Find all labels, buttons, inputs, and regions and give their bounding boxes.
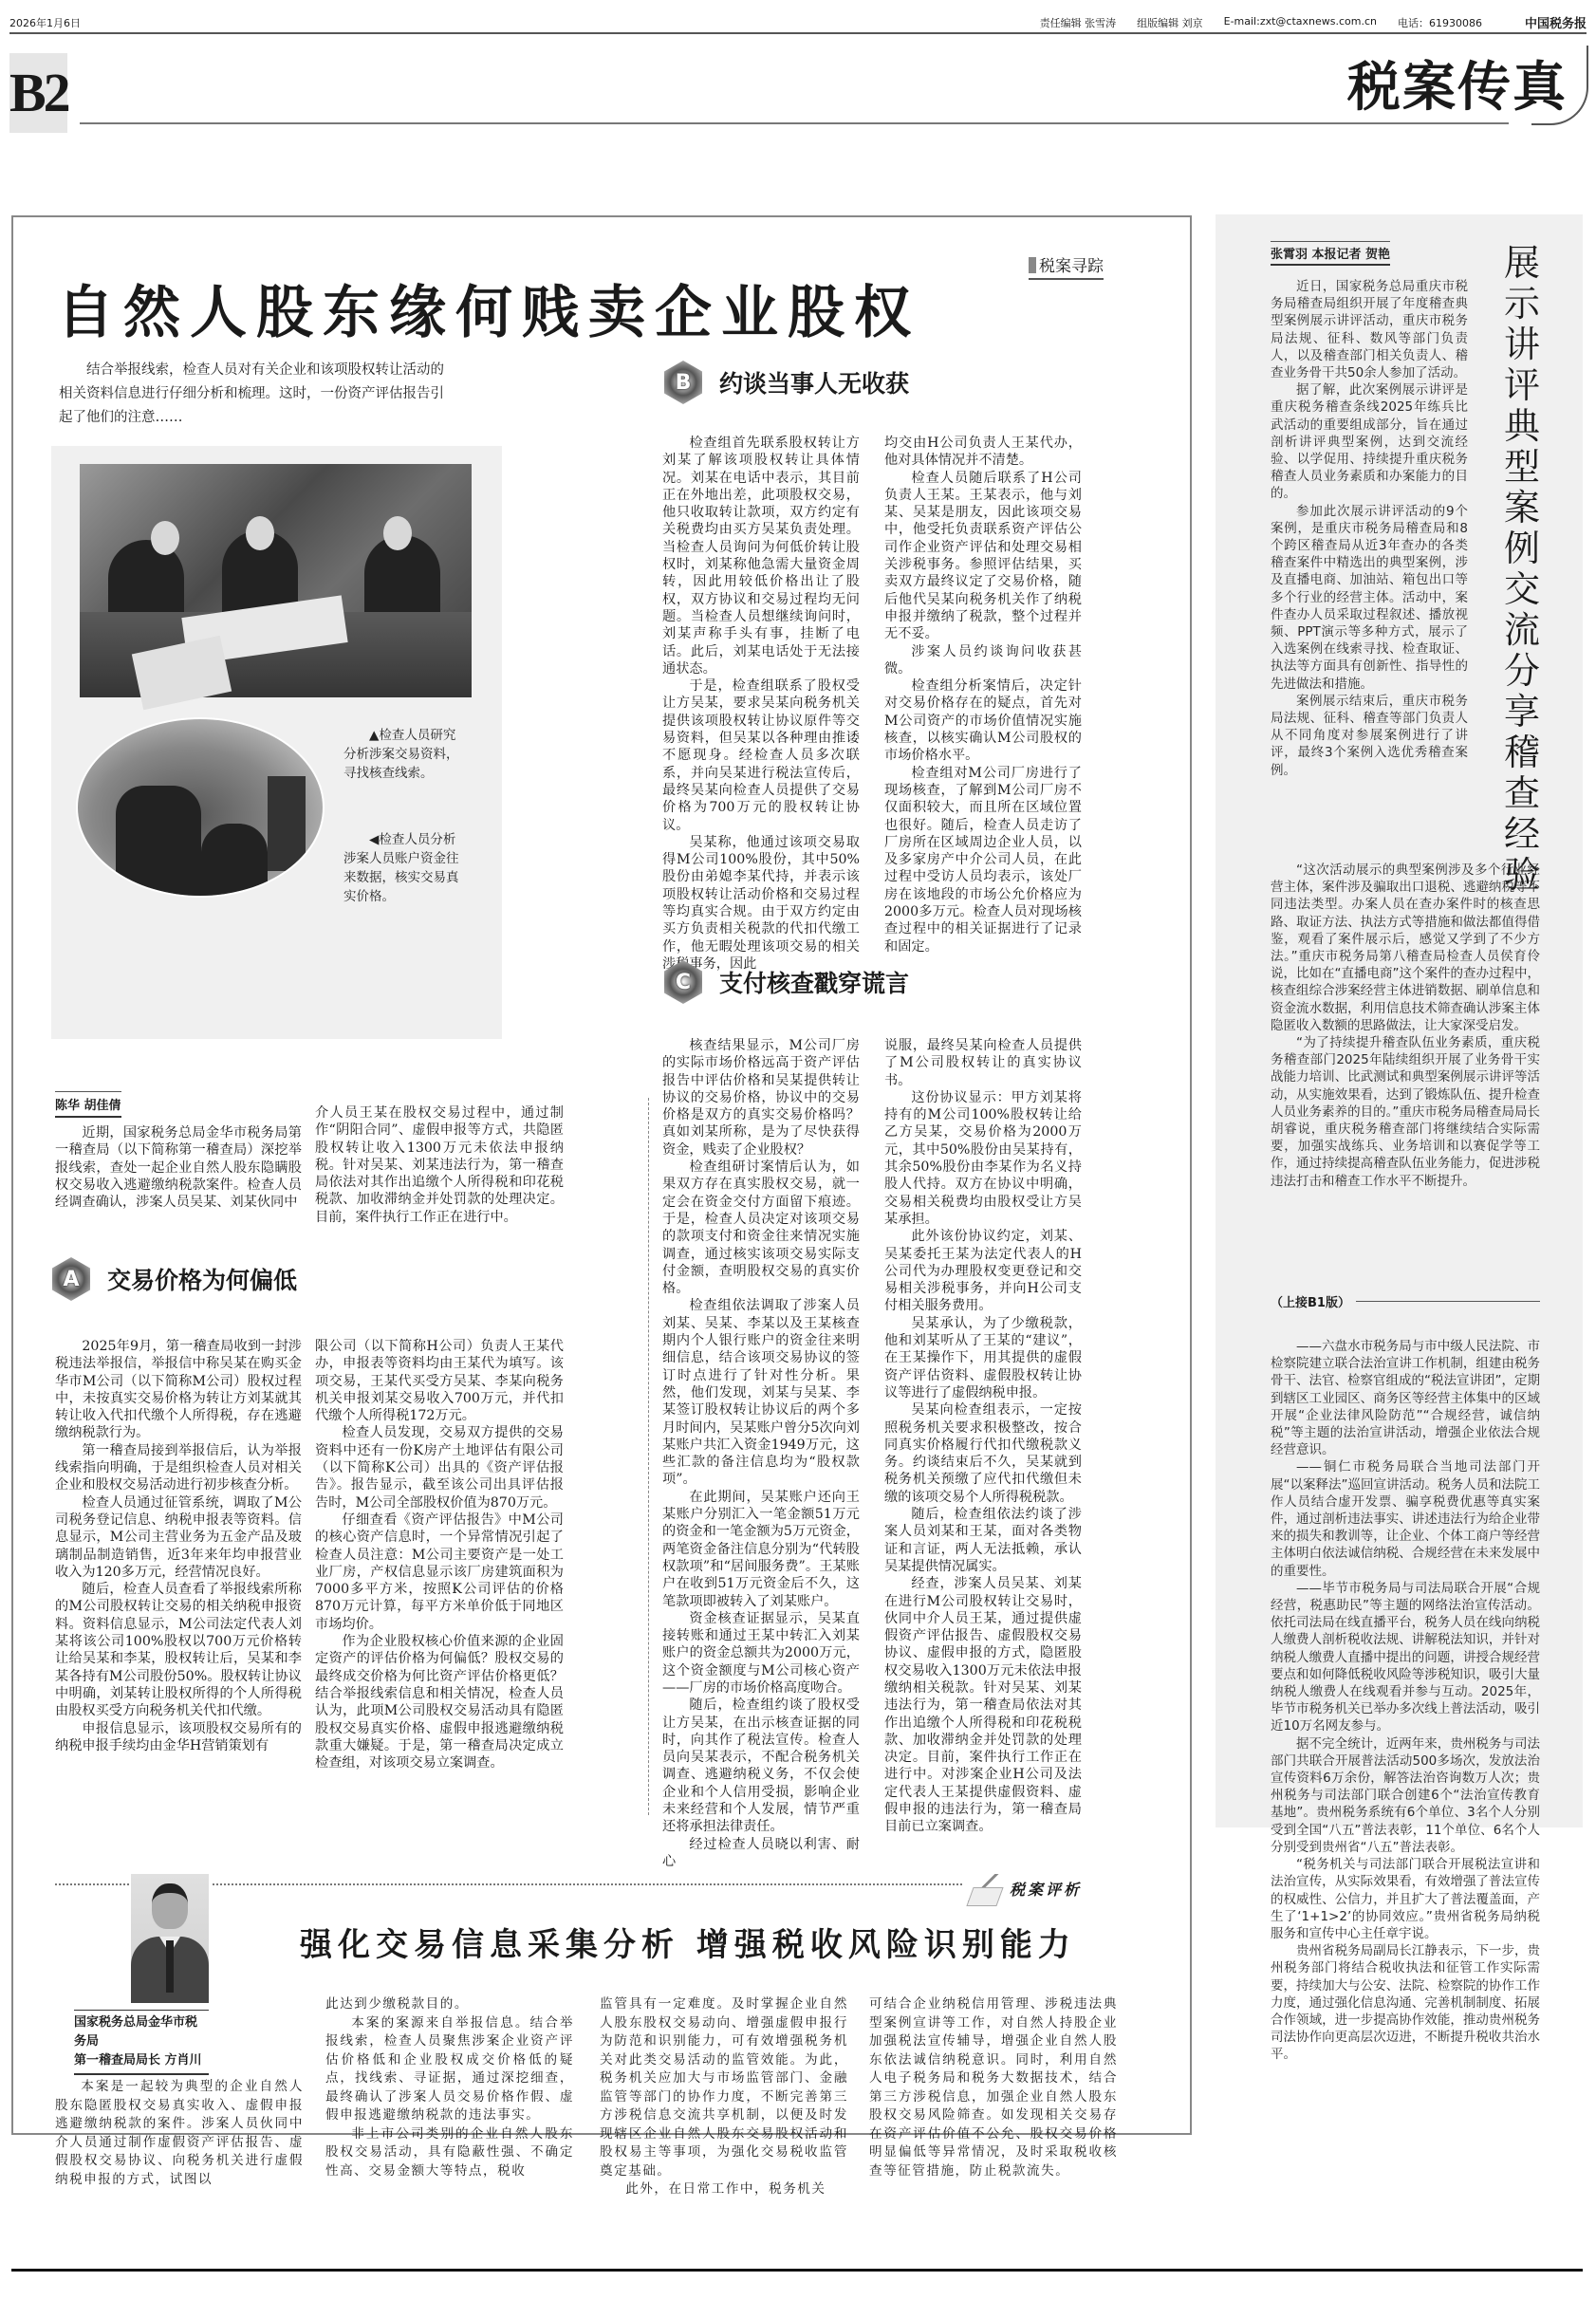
author-portrait	[131, 1874, 209, 2003]
header-divider	[80, 122, 1509, 124]
person-face	[383, 516, 412, 550]
responsible-editor: 责任编辑 张雪涛	[1040, 15, 1117, 30]
phone-number: 电话：61930086	[1398, 15, 1482, 30]
section-b-column-2: 均交由H公司负责人王某代办，他对具体情况并不清楚。 检查人员随后联系了H公司负责…	[884, 435, 1082, 955]
commentary-tag-label: 税案评析	[1010, 1878, 1082, 1900]
continued-label: （上接B1版）	[1271, 1292, 1350, 1310]
section-c-column-1: 核查结果显示，M公司厂房的实际市场价格远高于资产评估报告中评估价格和吴某提供转让…	[662, 1037, 860, 1870]
photo-inspectors-at-computer	[76, 717, 325, 898]
article-lede: 结合举报线索，检查人员对有关企业和该项股权转让活动的相关资料信息进行仔细分析和梳…	[59, 359, 450, 430]
sidebar-continued-article: ——六盘水市税务局与市中级人民法院、市检察院建立联合法治宣讲工作机制，组建由税务…	[1271, 1338, 1540, 2064]
column-kicker: 税案寻踪	[1029, 252, 1104, 280]
person-figure	[201, 824, 268, 898]
sidebar-byline: 张霄羽 本报记者 贺艳	[1271, 241, 1390, 266]
photo-caption-1: ▲检查人员研究分析涉案交易资料，寻找核查线索。	[343, 726, 467, 783]
dotted-divider	[55, 1883, 129, 1885]
editor-info: 责任编辑 张雪涛 组版编辑 刘京 E-mail:zxt@ctaxnews.com…	[1040, 15, 1482, 30]
section-c-column-2: 说服，最终吴某向检查人员提供了M公司股权转让的真实协议书。 这份协议显示：甲方刘…	[884, 1037, 1082, 1836]
section-a-heading: A 交易价格为何偏低	[52, 1257, 297, 1301]
section-c-heading: C 支付核查戳穿谎言	[664, 960, 909, 1004]
section-title-curve-decoration	[1531, 46, 1588, 125]
person-figure	[116, 786, 201, 898]
quill-pen-icon	[968, 1874, 1006, 1902]
commentary-tag: 税案评析	[968, 1874, 1082, 1902]
dotted-divider	[213, 1883, 962, 1885]
section-a-title: 交易价格为何偏低	[107, 1262, 297, 1296]
section-b-title: 约谈当事人无收获	[719, 365, 909, 399]
section-c-badge-icon: C	[664, 960, 702, 1004]
sidebar-article-top: 近日，国家税务总局重庆市税务局稽查局组织开展了年度稽查典型案例展示讲评活动，重庆…	[1271, 278, 1468, 779]
layout-editor: 组版编辑 刘京	[1137, 15, 1203, 30]
portrait-head	[152, 1883, 188, 1929]
continued-from-b1: （上接B1版）	[1271, 1292, 1540, 1310]
author-organization: 国家税务总局金华市税务局	[74, 2013, 209, 2051]
person-face	[151, 521, 179, 555]
section-b-heading: B 约谈当事人无收获	[664, 361, 909, 404]
section-b-column-1: 检查组首先联系股权转让方刘某了解该项股权转让具体情况。刘某在电话中表示，其目前正…	[662, 435, 860, 973]
commentary-column-3: 监管具有一定难度。及时掌握企业自然人股东股权交易动向、增强虚假申报行为防范和识别…	[600, 1995, 848, 2199]
commentary-column-2: 此达到少缴税款目的。 本案的案源来自举报信息。结合举报线索，检查人员聚焦涉案企业…	[325, 1995, 574, 2180]
section-b-badge-icon: B	[664, 361, 702, 404]
section-c-title: 支付核查戳穿谎言	[719, 965, 909, 999]
portrait-tie	[166, 1940, 174, 1993]
page-header-bar: 2026年1月6日 责任编辑 张雪涛 组版编辑 刘京 E-mail:zxt@ct…	[9, 8, 1587, 34]
monitor	[268, 776, 306, 871]
kicker-block-icon	[1029, 257, 1036, 273]
kicker-label: 税案寻踪	[1039, 257, 1104, 276]
continued-rule	[1356, 1301, 1540, 1302]
article-headline: 自然人股东缘何贱卖企业股权	[57, 268, 920, 349]
section-a-column-1: 2025年9月，第一稽查局收到一封涉税违法举报信，举报信中称吴某在购买金华市M公…	[55, 1338, 302, 1754]
photo-caption-2: ◀检查人员分析涉案人员账户资金往来数据，核实交易真实价格。	[343, 830, 467, 906]
sidebar-article-bottom: “这次活动展示的典型案例涉及多个行业经营主体，案件涉及骗取出口退税、逃避纳税等不…	[1271, 862, 1540, 1190]
page-bottom-rule	[11, 2269, 1583, 2272]
commentary-author: 国家税务总局金华市税务局 第一稽查局局长 方肖川	[74, 2010, 209, 2075]
article-byline: 陈华 胡佳倩	[55, 1091, 121, 1118]
page-number: B2	[9, 53, 67, 133]
person-face	[246, 516, 274, 550]
sidebar-headline: 展示讲评典型案例 交流分享稽查经验	[1503, 243, 1541, 896]
photo-inspectors-reviewing-documents	[80, 464, 472, 697]
newspaper-name: 中国税务报	[1525, 13, 1587, 31]
commentary-column-1: 本案是一起较为典型的企业自然人股东隐匿股权交易真实收入、虚假申报逃避缴纳税款的案…	[55, 2078, 304, 2189]
column-divider	[648, 1098, 649, 1815]
section-a-badge-icon: A	[52, 1257, 90, 1301]
issue-date: 2026年1月6日	[9, 15, 81, 30]
intro-column-1: 近期，国家税务总局金华市税务局第一稽查局（以下简称第一稽查局）深挖举报线索，查处…	[55, 1124, 302, 1211]
commentary-column-4: 可结合企业纳税信用管理、涉税违法典型案例宣讲等工作，对自然人持股企业加强税法宣传…	[869, 1995, 1118, 2180]
intro-column-2: 介人员王某在股权交易过程中，通过制作“阴阳合同”、虚假申报等方式，共隐匿股权转让…	[315, 1104, 564, 1226]
author-title: 第一稽查局局长 方肖川	[74, 2051, 209, 2070]
email-link[interactable]: E-mail:zxt@ctaxnews.com.cn	[1224, 15, 1377, 30]
section-a-column-2: 限公司（以下简称H公司）负责人王某代办，申报表等资料均由王某代为填写。该项交易，…	[315, 1338, 564, 1771]
commentary-title: 强化交易信息采集分析 增强税收风险识别能力	[300, 1919, 1076, 1965]
